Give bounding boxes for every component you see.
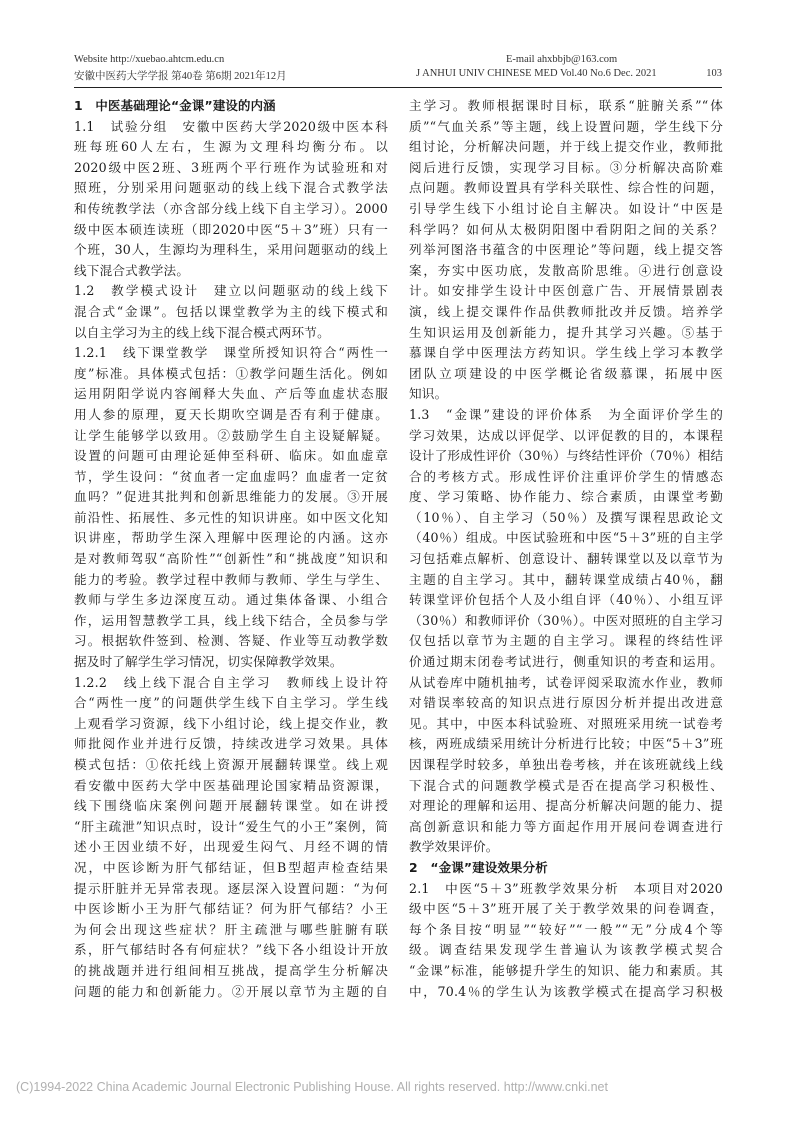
body-text-line: 主学习。教师根据课时目标，联系“脏腑关系”“体 [409, 96, 723, 117]
page-number: 103 [706, 68, 722, 79]
body-text-line: 点问题。教师设置具有学科关联性、综合性的问题， [409, 178, 723, 199]
body-text-line: 度、学习策略、协作能力、综合素质，由课堂考勤 [409, 487, 723, 508]
journal-title-en: J ANHUI UNIV CHINESE MED Vol.40 No.6 Dec… [416, 68, 657, 79]
body-text-line: 前沿性、拓展性、多元性的知识讲座。如中医文化知 [74, 508, 388, 529]
body-text-line: 案，夯实中医功底，发散高阶思维。④进行创意设 [409, 261, 723, 282]
body-text-line: 团队立项建设的中医学概论省级慕课，拓展中医 [409, 364, 723, 385]
body-text-line: 仅包括以章节为主题的自主学习。课程的终结性评 [409, 631, 723, 652]
body-text-line: 科学吗？如何从太极阴阳图中看阴阳之间的关系？ [409, 220, 723, 241]
body-text-line: 核，两班成绩采用统计分析进行比较；中医“5＋3”班 [409, 734, 723, 755]
body-text-line: 组讨论，分析解决问题，并于线上提交作业，教师批 [409, 137, 723, 158]
body-text-line: 见。其中，中医本科试验班、对照班采用统一试卷考 [409, 714, 723, 735]
body-text-line: 合“两性一度”的问题供学生线下自主学习。学生线 [74, 693, 388, 714]
body-text-line: 计。如安排学生设计中医创意广告、开展情景剧表 [409, 281, 723, 302]
body-text-line: 1.2.1 线下课堂教学 课堂所授知识符合“两性一 [74, 343, 388, 364]
body-text-line: 识讲座，帮助学生深入理解中医理论的内涵。这亦 [74, 528, 388, 549]
body-text-line: 度”标准。具体模式包括：①教学问题生活化。例如 [74, 364, 388, 385]
body-text-line: 知识。 [409, 384, 723, 405]
body-text-line: 模式包括：①依托线上资源开展翻转课堂。线上观 [74, 755, 388, 776]
body-text-line: 师批阅作业并进行反馈，持续改进学习效果。具体 [74, 734, 388, 755]
section-heading: 2 “金课”建设效果分析 [409, 858, 723, 879]
body-text-line: 2020级中医2班、3班两个平行班作为试验班和对 [74, 158, 388, 179]
body-text-line: 设计了形成性评价（30％）与终结性评价（70％）相结 [409, 446, 723, 467]
body-text-line: 和传统教学法（亦含部分线上线下自主学习）。2000 [74, 199, 388, 220]
header-rule [74, 87, 722, 88]
body-text-line: 1.1 试验分组 安徽中医药大学2020级中医本科 [74, 117, 388, 138]
body-text-line: 级。调查结果发现学生普遍认为该教学模式契合 [409, 940, 723, 961]
body-text-line: 2.1 中医“5＋3”班教学效果分析 本项目对2020 [409, 879, 723, 900]
body-text-line: 的挑战题并进行组间相互挑战，提高学生分析解决 [74, 961, 388, 982]
body-text-line: 线下混合式教学法。 [74, 261, 388, 282]
body-text-line: 况，中医诊断为肝气郁结证，但B型超声检查结果 [74, 858, 388, 879]
body-text-line: 运用阴阳学说内容阐释大失血、产后等血虚状态服 [74, 384, 388, 405]
body-text-line: 述小王因业绩不好，出现爱生闷气、月经不调的情 [74, 837, 388, 858]
journal-title-cn: 安徽中医药大学学报 第40卷 第6期 2021年12月 [74, 68, 287, 83]
body-text-line: 血吗？”促进其批判和创新思维能力的发展。③开展 [74, 487, 388, 508]
body-text-line: 质”“气血关系”等主题，线上设置问题，学生线下分 [409, 117, 723, 138]
body-text-line: 以自主学习为主的线上线下混合模式两环节。 [74, 323, 388, 344]
body-text-line: 线下围绕临床案例问题开展翻转课堂。如在讲授 [74, 796, 388, 817]
body-text-line: 对理论的理解和运用、提高分析解决问题的能力、提 [409, 796, 723, 817]
body-text-line: 阅后进行反馈，实现学习目标。③分析解决高阶难 [409, 158, 723, 179]
journal-website: Website http://xuebao.ahtcm.edu.cn [74, 54, 224, 65]
body-text-line: 转课堂评价包括个人及小组自评（40％）、小组互评 [409, 590, 723, 611]
body-text-line: 1.2 教学模式设计 建立以问题驱动的线上线下 [74, 281, 388, 302]
body-text-line: 看安徽中医药大学中医基础理论国家精品资源课， [74, 776, 388, 797]
body-text-line: 学习效果，达成以评促学、以评促教的目的，本课程 [409, 426, 723, 447]
body-text-line: 教师与学生多边深度互动。通过集体备课、小组合 [74, 590, 388, 611]
body-text-line: 1.2.2 线上线下混合自主学习 教师线上设计符 [74, 673, 388, 694]
body-text-line: 1.3 “金课”建设的评价体系 为全面评价学生的 [409, 405, 723, 426]
body-text-line: 习。根据软件签到、检测、答疑、作业等互动教学数 [74, 631, 388, 652]
running-header-journal: 安徽中医药大学学报 第40卷 第6期 2021年12月 J ANHUI UNIV… [74, 68, 722, 82]
body-text-line: 提示肝脏并无异常表现。逐层深入设置问题：“为何 [74, 879, 388, 900]
body-text-line: 个班，30人，生源均为理科生，采用问题驱动的线上 [74, 240, 388, 261]
left-text-column: 1 中医基础理论“金课”建设的内涵1.1 试验分组 安徽中医药大学2020级中医… [74, 96, 388, 1002]
body-text-line: 是对教师驾驭“高阶性”“创新性”和“挑战度”知识和 [74, 549, 388, 570]
section-heading: 1 中医基础理论“金课”建设的内涵 [74, 96, 388, 117]
body-text-line: 对错误率较高的知识点进行原因分析并提出改进意 [409, 693, 723, 714]
body-text-line: 教学效果评价。 [409, 837, 723, 858]
body-text-line: 让学生能够学以致用。②鼓励学生自主设疑解疑。 [74, 426, 388, 447]
copyright-footer: (C)1994-2022 China Academic Journal Elec… [16, 1080, 608, 1094]
body-text-line: 中医诊断小王为肝气郁结证？何为肝气郁结？小王 [74, 899, 388, 920]
body-text-line: 问题的能力和创新能力。②开展以章节为主题的自 [74, 982, 388, 1003]
body-text-line: 照班，分别采用问题驱动的线上线下混合式教学法 [74, 178, 388, 199]
body-text-line: 班每班60人左右，生源为文理科均衡分布。以 [74, 137, 388, 158]
body-text-line: 主题的自主学习。其中，翻转课堂成绩占40％，翻 [409, 570, 723, 591]
body-text-line: （10％）、自主学习（50％）及撰写课程思政论文 [409, 508, 723, 529]
body-text-line: 为何会出现这些症状？肝主疏泄与哪些脏腑有联 [74, 920, 388, 941]
body-text-line: 引导学生线下小组讨论自主解决。如设计“中医是 [409, 199, 723, 220]
body-text-line: 设置的问题可由理论延伸至科研、临床。如血虚章 [74, 446, 388, 467]
body-text-line: 习包括难点解析、创意设计、翻转课堂以及以章节为 [409, 549, 723, 570]
body-text-line: 从试卷库中随机抽考，试卷评阅采取流水作业，教师 [409, 673, 723, 694]
journal-email: E-mail ahxbbjb@163.com [506, 54, 617, 65]
body-text-line: 混合式“金课”。包括以课堂教学为主的线下模式和 [74, 302, 388, 323]
body-text-line: “金课”标准，能够提升学生的知识、能力和素质。其 [409, 961, 723, 982]
right-text-column: 主学习。教师根据课时目标，联系“脏腑关系”“体质”“气血关系”等主题，线上设置问… [409, 96, 723, 1002]
body-text-line: 慕课自学中医理法方药知识。学生线上学习本教学 [409, 343, 723, 364]
body-text-line: 演，线上提交课件作品供教师批改并反馈。培养学 [409, 302, 723, 323]
body-text-line: 列举河图洛书蕴含的中医理论”等问题，线上提交答 [409, 240, 723, 261]
body-text-line: 据及时了解学生学习情况，切实保障教学效果。 [74, 652, 388, 673]
body-text-line: 下混合式的问题教学模式是否在提高学习积极性、 [409, 776, 723, 797]
body-text-line: （30％）和教师评价（30％）。中医对照班的自主学习 [409, 611, 723, 632]
body-text-line: 系，肝气郁结时各有何症状？”线下各小组设计开放 [74, 940, 388, 961]
body-text-line: 价通过期末闭卷考试进行，侧重知识的考查和运用。 [409, 652, 723, 673]
body-text-line: 上观看学习资源，线下小组讨论，线上提交作业，教 [74, 714, 388, 735]
body-text-line: （40％）组成。中医试验班和中医“5＋3”班的自主学 [409, 528, 723, 549]
body-text-line: 因课程学时较多，单独出卷考核，并在该班就线上线 [409, 755, 723, 776]
body-text-line: “肝主疏泄”知识点时，设计“爱生气的小王”案例，简 [74, 817, 388, 838]
body-text-line: 合的考核方式。形成性评价注重评价学生的情感态 [409, 467, 723, 488]
body-text-line: 能力的考验。教学过程中教师与教师、学生与学生、 [74, 570, 388, 591]
body-text-line: 每个条目按“明显”“较好”“一般”“无”分成4个等 [409, 920, 723, 941]
body-text-line: 级中医“5＋3”班开展了关于教学效果的问卷调查， [409, 899, 723, 920]
body-text-line: 用人参的原理，夏天长期吹空调是否有利于健康。 [74, 405, 388, 426]
body-text-line: 级中医本硕连读班（即2020中医“5＋3”班）只有一 [74, 220, 388, 241]
body-text-line: 高创新意识和能力等方面起作用开展问卷调查进行 [409, 817, 723, 838]
body-text-line: 生知识运用及创新能力，提升其学习兴趣。⑤基于 [409, 323, 723, 344]
body-text-line: 作，运用智慧教学工具，线上线下结合，全员参与学 [74, 611, 388, 632]
running-header-top: Website http://xuebao.ahtcm.edu.cn E-mai… [74, 54, 722, 68]
body-text-line: 节，学生设问：“贫血者一定血虚吗？血虚者一定贫 [74, 467, 388, 488]
body-text-line: 中，70.4％的学生认为该教学模式在提高学习积极 [409, 982, 723, 1003]
